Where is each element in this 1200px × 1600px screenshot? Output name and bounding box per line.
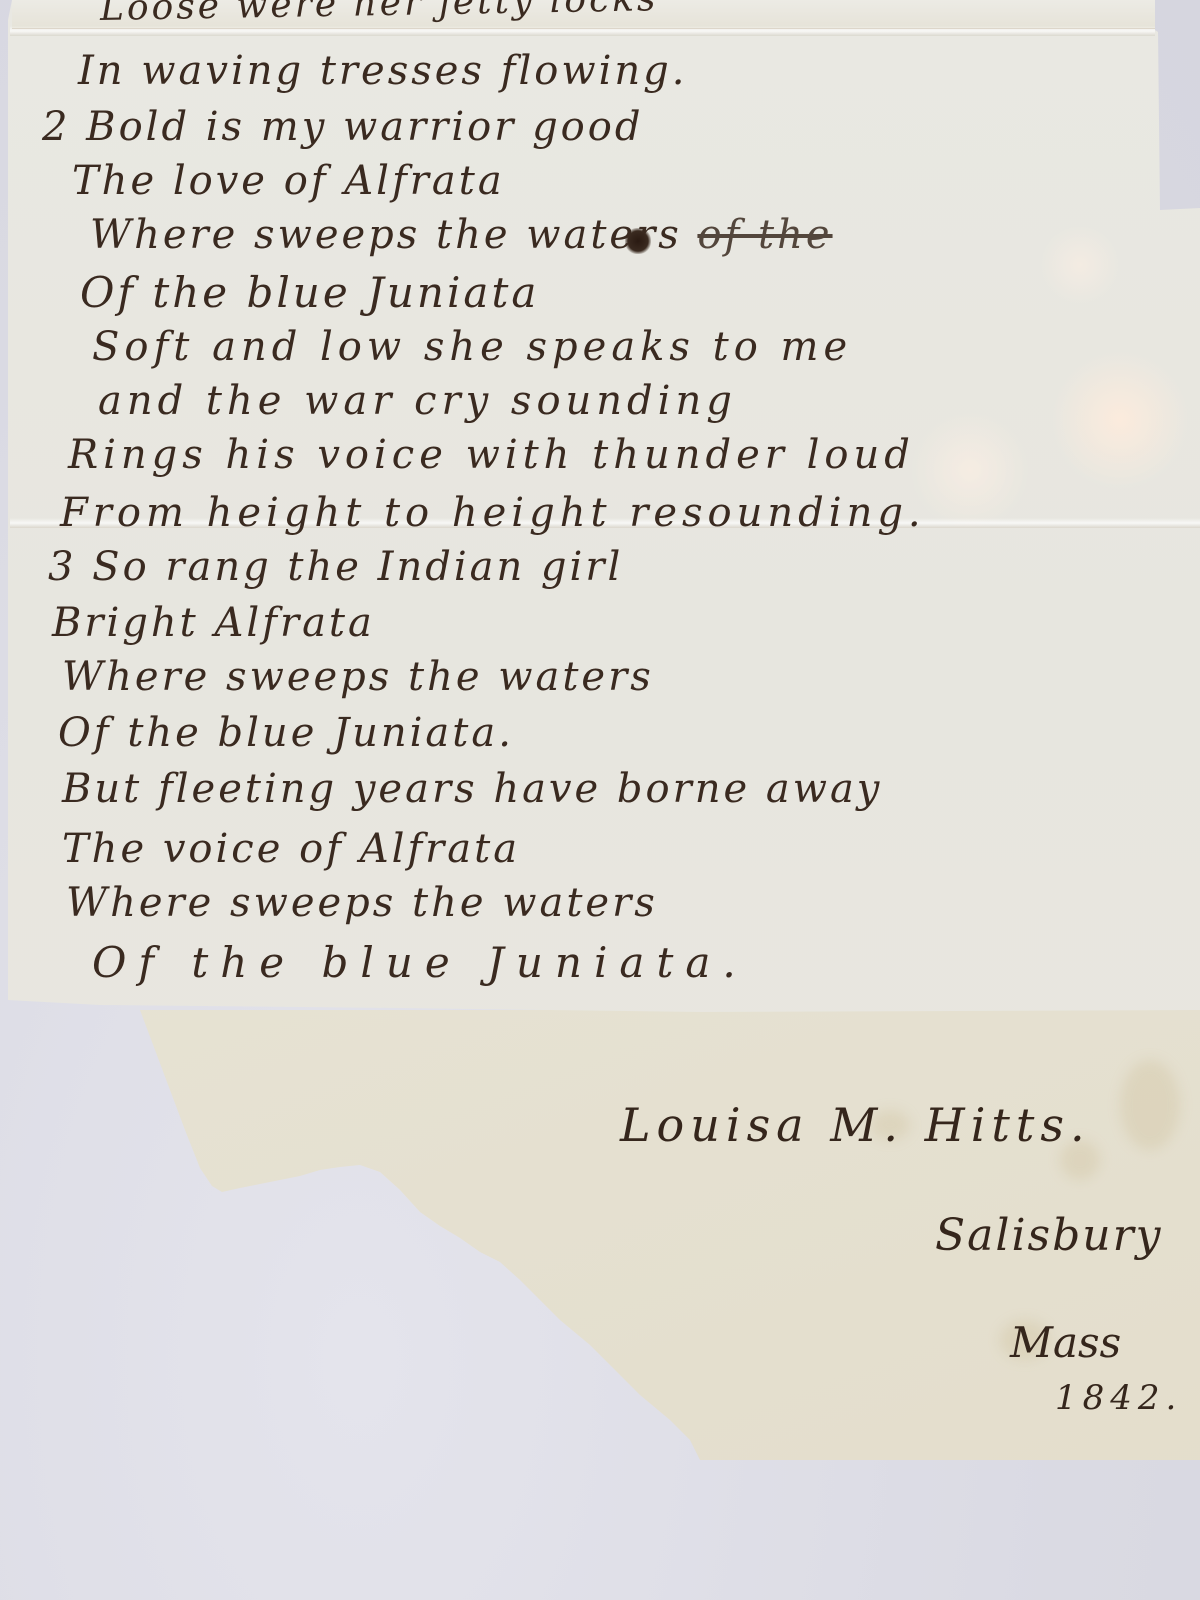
poem-line: Rings his voice with thunder loud [68,432,915,478]
poem-line: In waving tresses flowing. [78,48,687,94]
poem-line: and the war cry sounding [98,378,737,424]
poem-line: Of the blue Juniata. [58,710,514,756]
poem-line: Soft and low she speaks to me [92,324,852,370]
poem-line: Where sweeps the waters of the [90,212,833,258]
poem-line-text: So rang the Indian girl [92,544,623,590]
stanza-marker: 2 [42,104,70,150]
signature-town: Salisbury [935,1210,1163,1261]
poem-line: The voice of Alfrata [62,826,520,872]
poem-line: But fleeting years have borne away [62,766,882,812]
poem-line: Of the blue Juniata [80,268,539,317]
poem-line: Loose were her jetty locks [100,0,659,29]
ink-blot [625,228,651,254]
poem-line-text: Bold is my warrior good [86,104,643,150]
poem-line: Bright Alfrata [52,600,375,646]
stanza-marker: 3 [48,544,76,590]
manuscript-text: Loose were her jetty locks In waving tre… [0,0,1200,1600]
signature-year: 1842. [1055,1378,1182,1418]
poem-line: Where sweeps the waters [66,880,658,926]
signature-state: Mass [1010,1318,1121,1367]
poem-line-with-marker: 3 So rang the Indian girl [48,544,623,590]
poem-line-with-marker: 2 Bold is my warrior good [42,104,643,150]
poem-line-text: Where sweeps the waters [90,212,682,258]
poem-line: The love of Alfrata [72,158,505,204]
poem-line: Of the blue Juniata. [92,938,748,987]
struck-out-text: of the [697,212,832,258]
poem-line: From height to height resounding. [60,490,926,536]
signature-name: Louisa M. Hitts. [620,1098,1091,1152]
poem-line: Where sweeps the waters [62,654,654,700]
